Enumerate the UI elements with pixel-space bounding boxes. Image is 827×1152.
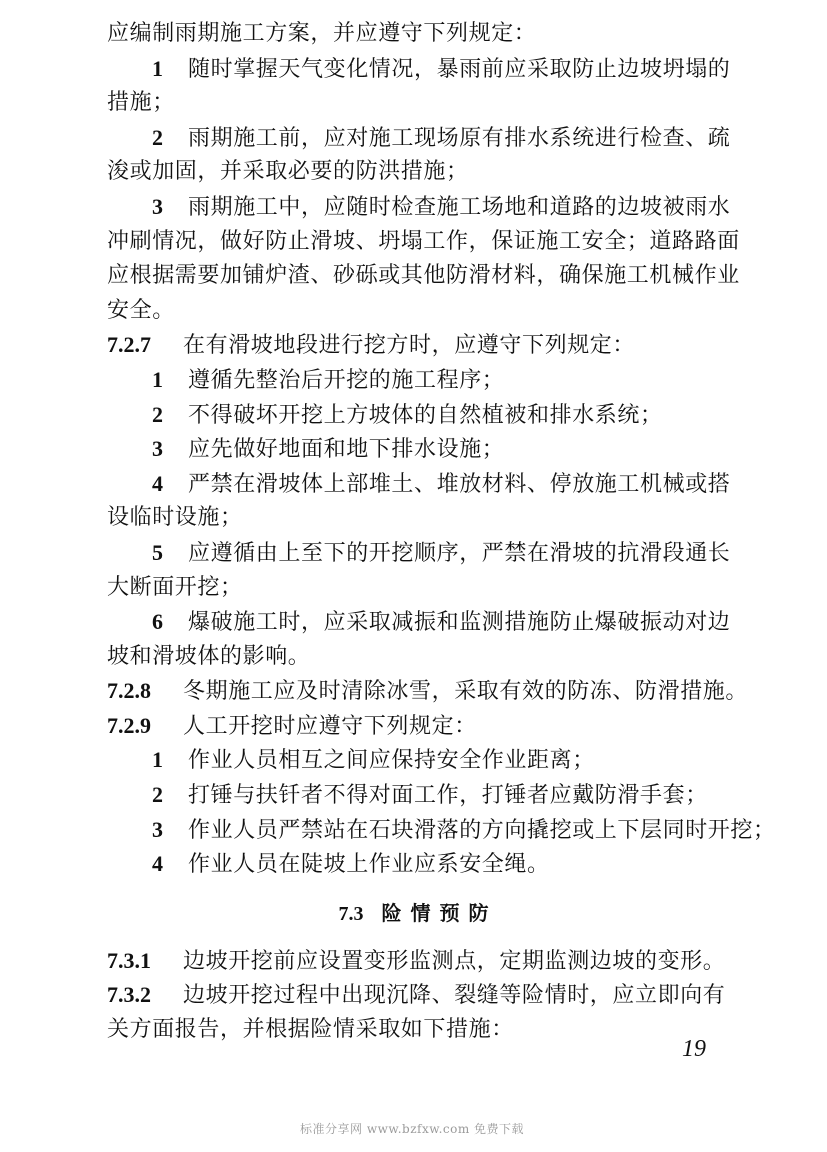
clause-line: 7.3.1边坡开挖前应设置变形监测点，定期监测边坡的变形。 <box>107 944 729 979</box>
item-number: 1 <box>152 363 188 398</box>
item-number: 4 <box>152 847 188 882</box>
line-text: 措施； <box>107 90 175 115</box>
list-item-line: 1遵循先整治后开挖的施工程序； <box>107 363 729 398</box>
watermark-text: 标准分享网 www.bzfxw.com 免费下载 <box>300 1120 524 1137</box>
list-item-line: 2雨期施工前，应对施工现场原有排水系统进行检查、疏 <box>107 121 729 156</box>
item-number: 3 <box>152 190 188 225</box>
list-item-line: 5应遵循由上至下的开挖顺序，严禁在滑坡的抗滑段通长 <box>107 536 729 571</box>
item-number: 5 <box>152 536 188 571</box>
line-text: 随时掌握天气变化情况，暴雨前应采取防止边坡坍塌的 <box>188 57 730 82</box>
line-text: 关方面报告，并根据险情采取如下措施： <box>107 1017 514 1042</box>
clause-number: 7.2.9 <box>107 709 183 744</box>
text-line: 坡和滑坡体的影响。 <box>107 640 729 675</box>
item-number: 2 <box>152 398 188 433</box>
section-heading: 7.3险情预防 <box>107 888 729 938</box>
text-line: 设临时设施； <box>107 501 729 536</box>
list-item-line: 3雨期施工中，应随时检查施工场地和道路的边坡被雨水 <box>107 190 729 225</box>
text-line: 应根据需要加铺炉渣、砂砾或其他防滑材料，确保施工机械作业 <box>107 259 729 294</box>
list-item-line: 1作业人员相互之间应保持安全作业距离； <box>107 743 729 778</box>
line-text: 严禁在滑坡体上部堆土、堆放材料、停放施工机械或搭 <box>188 472 730 497</box>
line-text: 雨期施工中，应随时检查施工场地和道路的边坡被雨水 <box>188 195 730 220</box>
line-text: 坡和滑坡体的影响。 <box>107 644 310 669</box>
line-text: 应先做好地面和地下排水设施； <box>188 437 504 462</box>
line-text: 应遵循由上至下的开挖顺序，严禁在滑坡的抗滑段通长 <box>188 541 730 566</box>
section-number: 7.3 <box>339 903 364 925</box>
line-text: 打锤与扶钎者不得对面工作，打锤者应戴防滑手套； <box>188 783 708 808</box>
line-text: 作业人员在陡坡上作业应系安全绳。 <box>188 852 550 877</box>
item-number: 1 <box>152 52 188 87</box>
text-line: 浚或加固，并采取必要的防洪措施； <box>107 155 729 190</box>
line-text: 设临时设施； <box>107 505 243 530</box>
item-number: 4 <box>152 467 188 502</box>
document-page: 应编制雨期施工方案，并应遵守下列规定：1随时掌握天气变化情况，暴雨前应采取防止边… <box>107 17 729 1048</box>
text-line: 措施； <box>107 86 729 121</box>
item-number: 2 <box>152 121 188 156</box>
line-text: 作业人员严禁站在石块滑落的方向撬挖或上下层同时开挖； <box>188 818 776 843</box>
line-text: 边坡开挖前应设置变形监测点，定期监测边坡的变形。 <box>183 949 725 974</box>
item-number: 6 <box>152 605 188 640</box>
text-line: 冲刷情况，做好防止滑坡、坍塌工作，保证施工安全；道路路面 <box>107 225 729 260</box>
line-text: 遵循先整治后开挖的施工程序； <box>188 368 504 393</box>
text-line: 大断面开挖； <box>107 571 729 606</box>
item-number: 2 <box>152 778 188 813</box>
list-item-line: 4严禁在滑坡体上部堆土、堆放材料、停放施工机械或搭 <box>107 467 729 502</box>
item-number: 3 <box>152 813 188 848</box>
line-text: 爆破施工时，应采取减振和监测措施防止爆破振动对边 <box>188 610 730 635</box>
item-number: 1 <box>152 743 188 778</box>
line-text: 雨期施工前，应对施工现场原有排水系统进行检查、疏 <box>188 126 730 151</box>
clause-line: 7.2.7在有滑坡地段进行挖方时，应遵守下列规定： <box>107 328 729 363</box>
line-text: 不得破坏开挖上方坡体的自然植被和排水系统； <box>188 403 663 428</box>
list-item-line: 3作业人员严禁站在石块滑落的方向撬挖或上下层同时开挖； <box>107 813 729 848</box>
clause-line: 7.3.2边坡开挖过程中出现沉降、裂缝等险情时，应立即向有 <box>107 978 729 1013</box>
clause-number: 7.3.1 <box>107 944 183 979</box>
clause-line: 7.2.8冬期施工应及时清除冰雪，采取有效的防冻、防滑措施。 <box>107 674 729 709</box>
clause-line: 7.2.9人工开挖时应遵守下列规定： <box>107 709 729 744</box>
list-item-line: 6爆破施工时，应采取减振和监测措施防止爆破振动对边 <box>107 605 729 640</box>
line-text: 在有滑坡地段进行挖方时，应遵守下列规定： <box>183 333 635 358</box>
text-line: 关方面报告，并根据险情采取如下措施： <box>107 1013 729 1048</box>
line-text: 冲刷情况，做好防止滑坡、坍塌工作，保证施工安全；道路路面 <box>107 229 740 254</box>
list-item-line: 2不得破坏开挖上方坡体的自然植被和排水系统； <box>107 398 729 433</box>
list-item-line: 1随时掌握天气变化情况，暴雨前应采取防止边坡坍塌的 <box>107 52 729 87</box>
line-text: 浚或加固，并采取必要的防洪措施； <box>107 159 469 184</box>
list-item-line: 3应先做好地面和地下排水设施； <box>107 432 729 467</box>
line-text: 人工开挖时应遵守下列规定： <box>183 714 477 739</box>
line-text: 作业人员相互之间应保持安全作业距离； <box>188 748 595 773</box>
clause-number: 7.3.2 <box>107 978 183 1013</box>
list-item-line: 4作业人员在陡坡上作业应系安全绳。 <box>107 847 729 882</box>
list-item-line: 2打锤与扶钎者不得对面工作，打锤者应戴防滑手套； <box>107 778 729 813</box>
text-line: 应编制雨期施工方案，并应遵守下列规定： <box>107 17 729 52</box>
line-text: 边坡开挖过程中出现沉降、裂缝等险情时，应立即向有 <box>183 983 725 1008</box>
body-text-block: 应编制雨期施工方案，并应遵守下列规定：1随时掌握天气变化情况，暴雨前应采取防止边… <box>107 17 729 882</box>
line-text: 大断面开挖； <box>107 575 243 600</box>
body-text-block-after-heading: 7.3.1边坡开挖前应设置变形监测点，定期监测边坡的变形。7.3.2边坡开挖过程… <box>107 944 729 1048</box>
clause-number: 7.2.8 <box>107 674 183 709</box>
line-text: 应编制雨期施工方案，并应遵守下列规定： <box>107 21 536 46</box>
section-title: 险情预防 <box>382 901 498 925</box>
line-text: 冬期施工应及时清除冰雪，采取有效的防冻、防滑措施。 <box>183 679 748 704</box>
line-text: 安全。 <box>107 298 175 323</box>
page-number: 19 <box>682 1036 706 1063</box>
text-line: 安全。 <box>107 294 729 329</box>
clause-number: 7.2.7 <box>107 328 183 363</box>
line-text: 应根据需要加铺炉渣、砂砾或其他防滑材料，确保施工机械作业 <box>107 263 740 288</box>
item-number: 3 <box>152 432 188 467</box>
